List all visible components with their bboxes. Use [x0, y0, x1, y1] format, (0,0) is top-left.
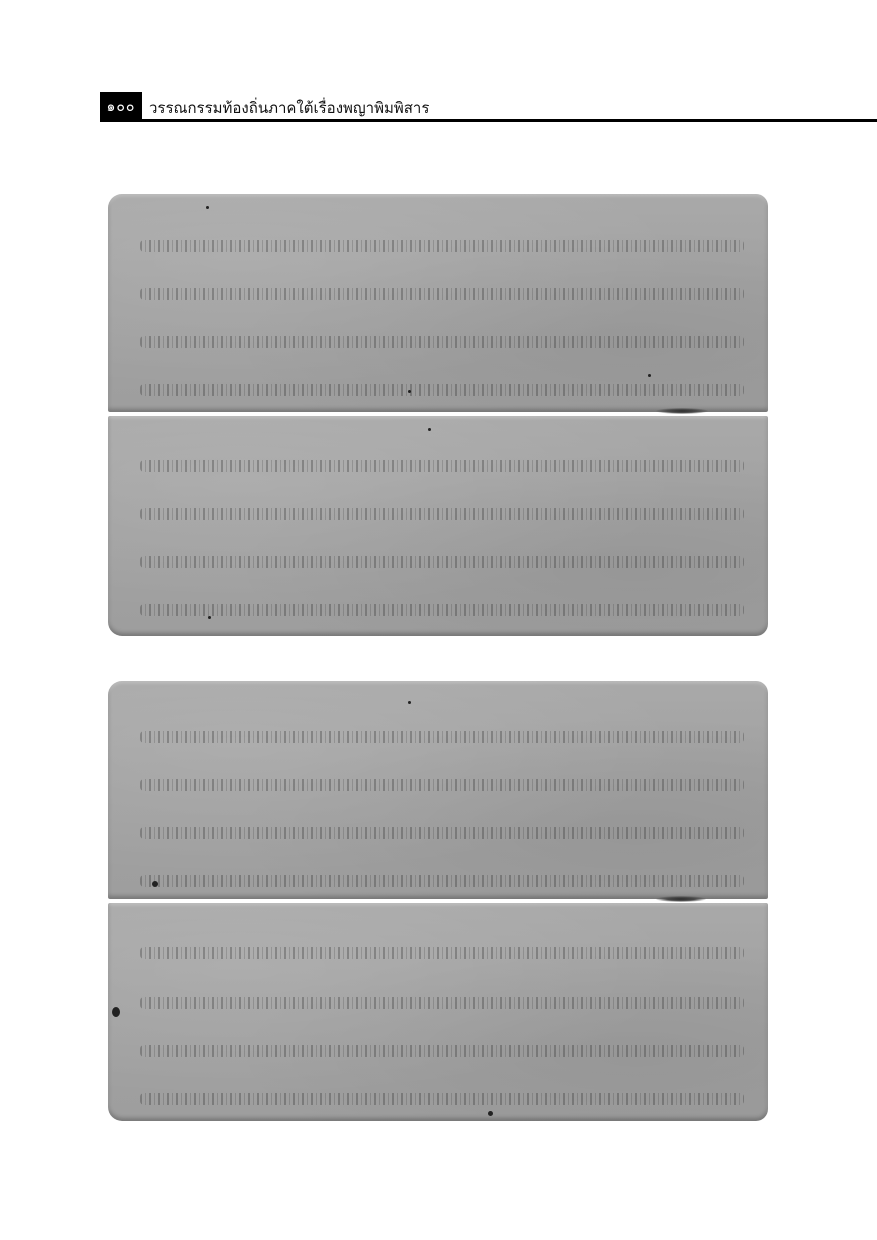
- script-line: [140, 1031, 744, 1061]
- script-line: [140, 717, 744, 747]
- manuscript-strip-lower: [108, 903, 768, 1121]
- manuscript-strip-upper: [108, 681, 768, 899]
- script-line: [140, 765, 744, 795]
- script-line: [140, 813, 744, 843]
- script-line: [140, 446, 744, 476]
- script-line: [140, 590, 744, 620]
- manuscript-image-2: [108, 681, 768, 1121]
- script-line: [140, 274, 744, 304]
- script-line: [140, 861, 744, 891]
- manuscript-strip-upper: [108, 194, 768, 412]
- manuscript-strip-lower: [108, 416, 768, 636]
- manuscript-image-1: [108, 194, 768, 636]
- page-number: ๑๐๐: [100, 92, 142, 122]
- script-line: [140, 983, 744, 1013]
- running-header: ๑๐๐ วรรณกรรมท้องถิ่นภาคใต้เรื่องพญาพิมพิ…: [100, 92, 877, 123]
- running-title: วรรณกรรมท้องถิ่นภาคใต้เรื่องพญาพิมพิสาร: [149, 96, 429, 120]
- fold-stain: [656, 896, 706, 902]
- fold-stain: [656, 408, 708, 414]
- script-line: [140, 933, 744, 963]
- script-line: [140, 494, 744, 524]
- script-line: [140, 542, 744, 572]
- header-rule: [142, 119, 877, 122]
- script-line: [140, 226, 744, 256]
- script-line: [140, 322, 744, 352]
- script-line: [140, 1079, 744, 1109]
- book-page: ๑๐๐ วรรณกรรมท้องถิ่นภาคใต้เรื่องพญาพิมพิ…: [0, 0, 877, 1240]
- script-line: [140, 370, 744, 400]
